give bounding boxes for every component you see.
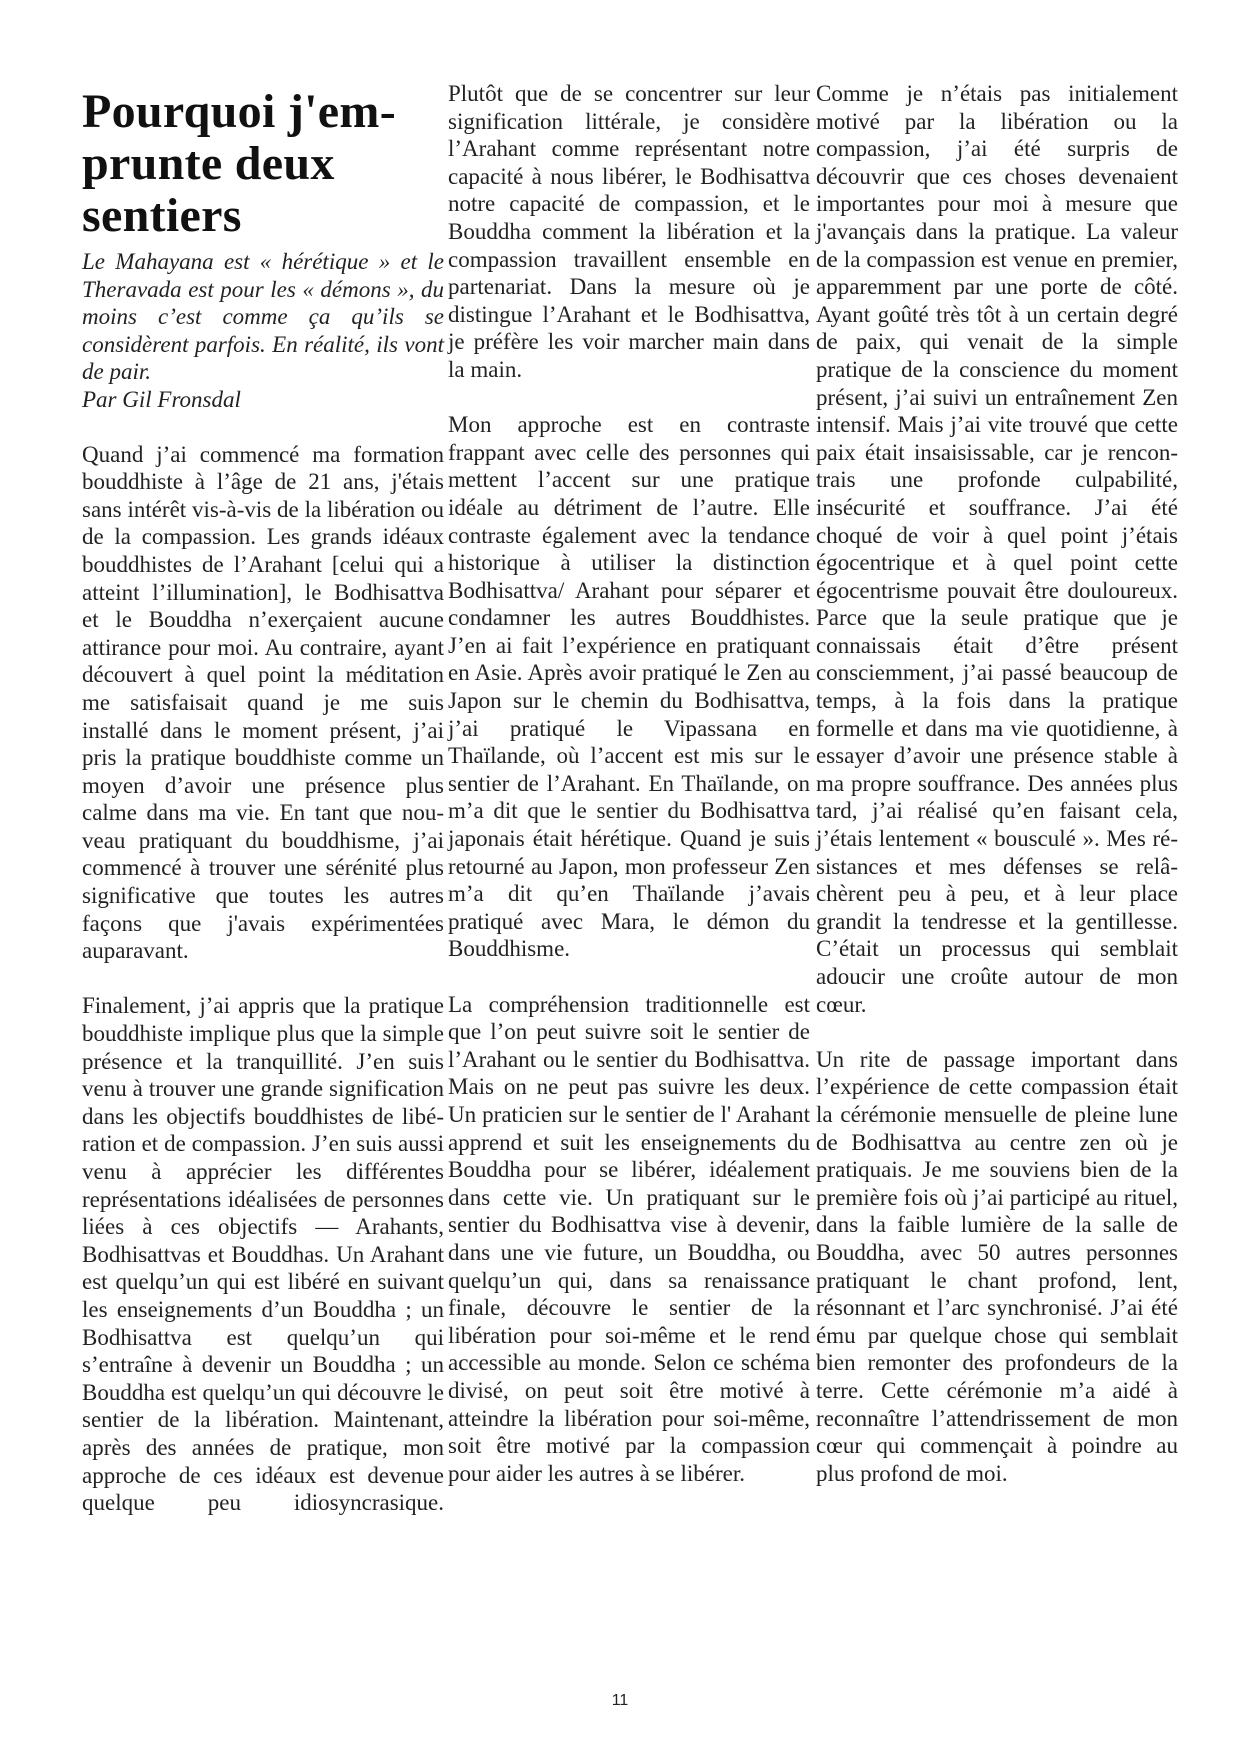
paragraph: Finalement, j’ai appris que la pratique … [82, 992, 444, 1516]
column-3: Comme je n’étais pas initiale­ment motiv… [816, 80, 1178, 1515]
paragraph: Plutôt que de se concentrer sur leur sig… [448, 80, 810, 384]
column-2: Plutôt que de se concentrer sur leur sig… [448, 80, 810, 1515]
article-deck: Le Mahayana est « hérétique » et le Ther… [82, 248, 444, 386]
article-byline: Par Gil Fronsdal [82, 386, 444, 414]
paragraph: Un rite de passage important dans l’expé… [816, 1046, 1178, 1488]
paragraph: La compréhension traditionnelle est que … [448, 991, 810, 1488]
paragraph: Comme je n’étais pas initiale­ment motiv… [816, 80, 1178, 1018]
paragraph: Quand j’ai commencé ma forma­tion bouddh… [82, 441, 444, 965]
article-title: Pourquoi j'em-prunte deux sentiers [82, 86, 444, 242]
page-number: 11 [0, 1692, 1240, 1710]
paragraph: Mon approche est en contraste frappant a… [448, 411, 810, 963]
column-1: Pourquoi j'em-prunte deux sentiers Le Ma… [82, 80, 444, 1517]
